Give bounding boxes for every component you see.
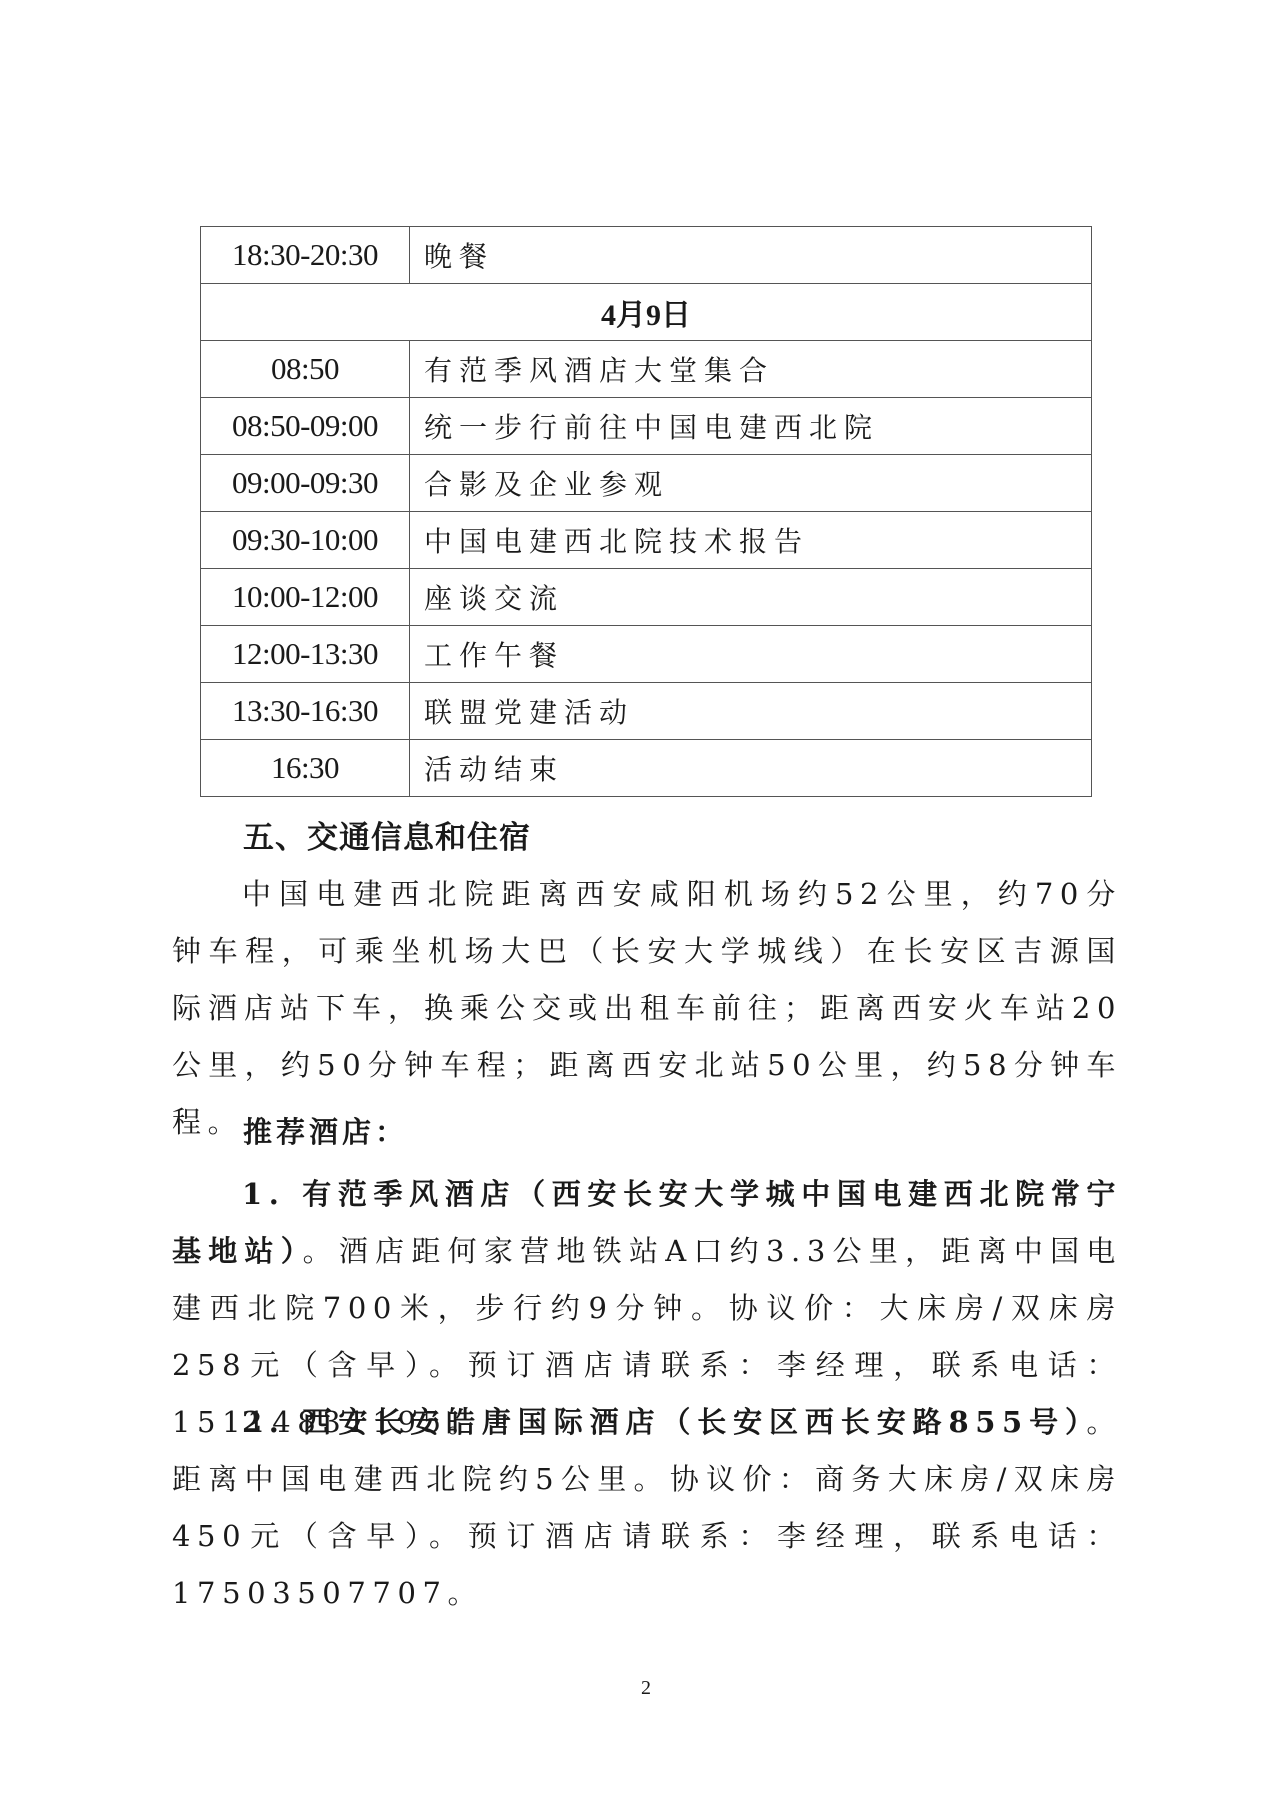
time-cell: 09:00-09:30 — [201, 455, 410, 512]
activity-cell: 有范季风酒店大堂集合 — [410, 341, 1092, 398]
table-row: 13:30-16:30 联盟党建活动 — [201, 683, 1092, 740]
table-row: 09:30-10:00 中国电建西北院技术报告 — [201, 512, 1092, 569]
time-cell: 12:00-13:30 — [201, 626, 410, 683]
time-cell: 16:30 — [201, 740, 410, 797]
activity-cell: 工作午餐 — [410, 626, 1092, 683]
time-cell: 08:50 — [201, 341, 410, 398]
time-cell: 13:30-16:30 — [201, 683, 410, 740]
transport-paragraph: 中国电建西北院距离西安咸阳机场约52公里，约70分钟车程，可乘坐机场大巴（长安大… — [172, 866, 1122, 1151]
page-number: 2 — [641, 1677, 651, 1700]
table-row: 18:30-20:30 晚餐 — [201, 227, 1092, 284]
activity-cell: 活动结束 — [410, 740, 1092, 797]
hotel-title: 2. 西安长安皓唐国际酒店（长安区西长安路855号） — [242, 1405, 1086, 1439]
document-page: 18:30-20:30 晚餐 4月9日 08:50 有范季风酒店大堂集合 08:… — [0, 0, 1280, 1810]
table-row: 10:00-12:00 座谈交流 — [201, 569, 1092, 626]
table-row: 09:00-09:30 合影及企业参观 — [201, 455, 1092, 512]
time-cell: 08:50-09:00 — [201, 398, 410, 455]
hotels-label: 推荐酒店： — [243, 1110, 408, 1151]
activity-cell: 统一步行前往中国电建西北院 — [410, 398, 1092, 455]
schedule-table: 18:30-20:30 晚餐 4月9日 08:50 有范季风酒店大堂集合 08:… — [200, 226, 1092, 797]
activity-cell: 座谈交流 — [410, 569, 1092, 626]
time-cell: 18:30-20:30 — [201, 227, 410, 284]
day-header-row: 4月9日 — [201, 284, 1092, 341]
table-row: 08:50-09:00 统一步行前往中国电建西北院 — [201, 398, 1092, 455]
hotel-item-2: 2. 西安长安皓唐国际酒店（长安区西长安路855号）。距离中国电建西北院约5公里… — [172, 1394, 1122, 1622]
time-cell: 09:30-10:00 — [201, 512, 410, 569]
activity-cell: 晚餐 — [410, 227, 1092, 284]
activity-cell: 合影及企业参观 — [410, 455, 1092, 512]
activity-cell: 中国电建西北院技术报告 — [410, 512, 1092, 569]
time-cell: 10:00-12:00 — [201, 569, 410, 626]
section-heading: 五、交通信息和住宿 — [243, 812, 531, 857]
table-row: 16:30 活动结束 — [201, 740, 1092, 797]
table-row: 12:00-13:30 工作午餐 — [201, 626, 1092, 683]
table-row: 08:50 有范季风酒店大堂集合 — [201, 341, 1092, 398]
activity-cell: 联盟党建活动 — [410, 683, 1092, 740]
day-header: 4月9日 — [201, 284, 1092, 341]
